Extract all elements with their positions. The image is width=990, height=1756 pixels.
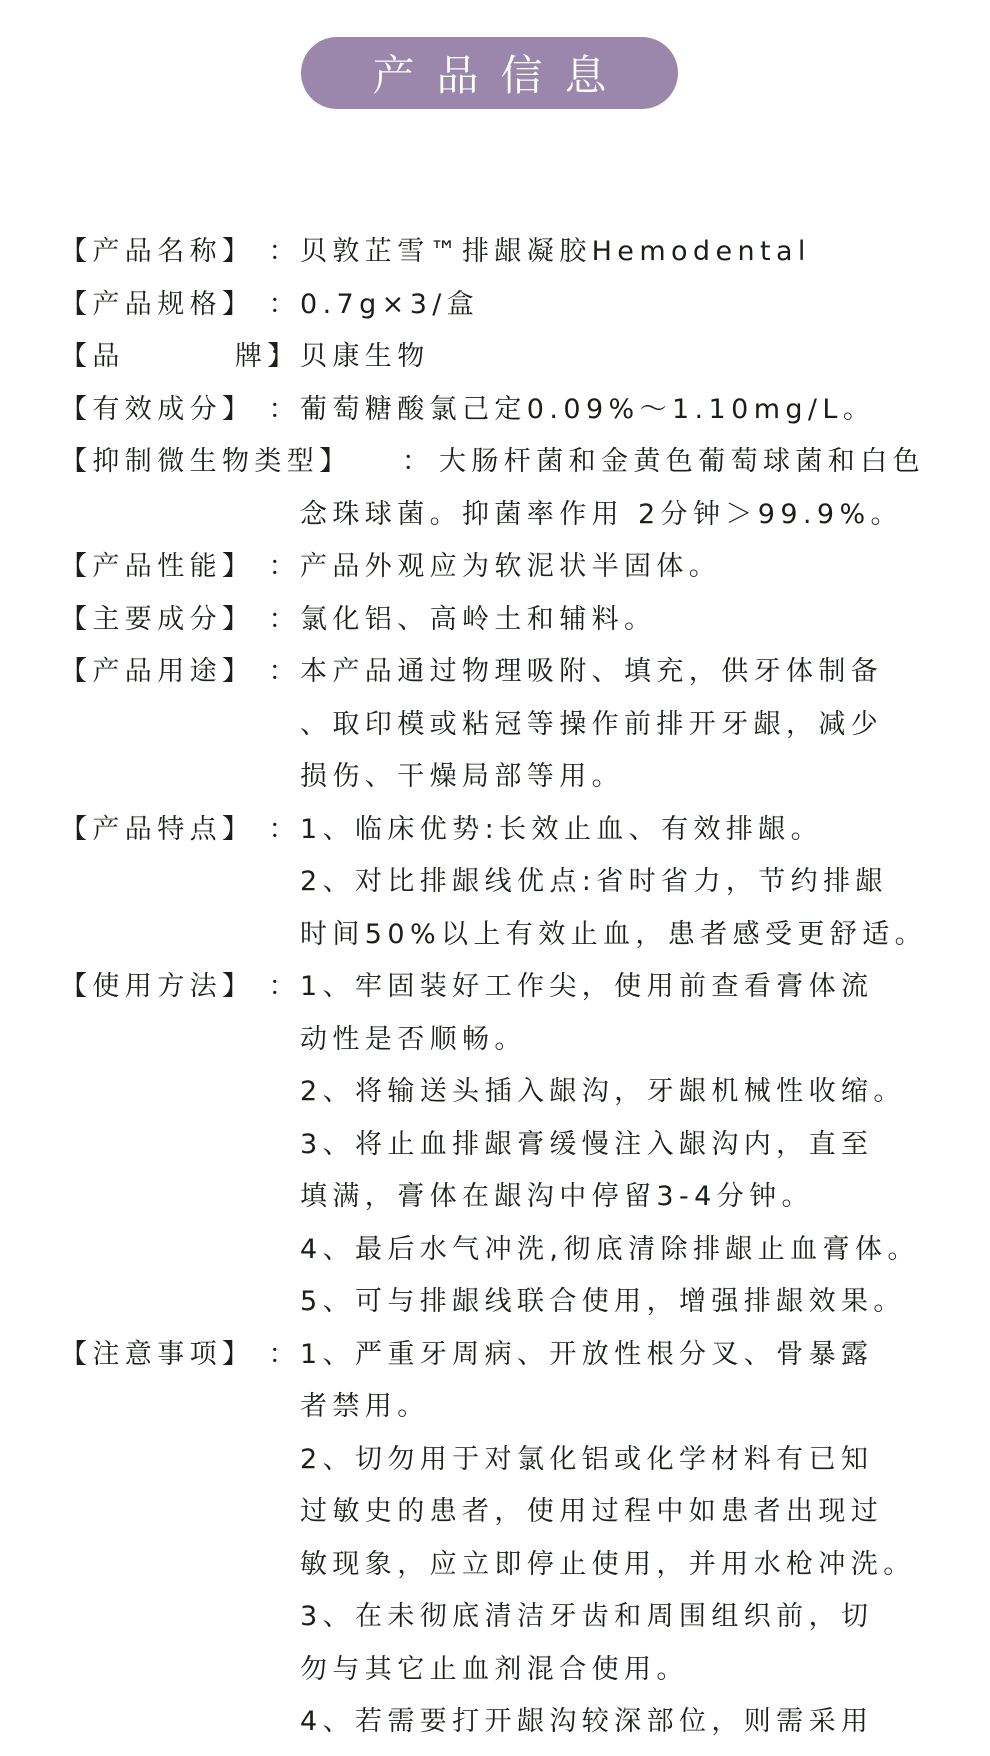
field-label: 【品牌】 — [60, 331, 264, 384]
label-part: 【品 — [60, 341, 125, 372]
field-colon: ： — [264, 331, 300, 384]
field-label: 【抑制微生物类型】 — [60, 436, 352, 489]
field-brand: 【品牌】 ： 贝康生物 — [60, 331, 980, 384]
value-line: 3、将止血排龈膏缓慢注入龈沟内，直至 — [300, 1119, 920, 1172]
field-label: 【产品名称】 — [60, 226, 264, 279]
field-product-name: 【产品名称】 ： 贝敦芷雪™排龈凝胶Hemodental — [60, 226, 980, 279]
field-main-ingredients: 【主要成分】 ： 氯化铝、高岭土和辅料。 — [60, 594, 980, 647]
value-line: 产品外观应为软泥状半固体。 — [300, 541, 721, 594]
field-features: 【产品特点】 ： 1、临床优势:长效止血、有效排龈。 2、对比排龈线优点:省时省… — [60, 804, 980, 962]
field-colon: ： — [264, 279, 300, 332]
field-colon: ： — [264, 226, 300, 279]
value-line: 5、可与排龈线联合使用，增强排龈效果。 — [300, 1276, 920, 1329]
value-line: 2、切勿用于对氯化铝或化学材料有已知 — [300, 1434, 916, 1487]
value-line: 2、将输送头插入龈沟，牙龈机械性收缩。 — [300, 1066, 920, 1119]
value-line: 过敏史的患者，使用过程中如患者出现过 — [300, 1486, 916, 1539]
field-label: 【使用方法】 — [60, 961, 264, 1014]
value-line: 勿与其它止血剂混合使用。 — [300, 1644, 916, 1697]
value-line: 1、严重牙周病、开放性根分叉、骨暴露 — [300, 1329, 916, 1382]
value-line: 敏现象，应立即停止使用，并用水枪冲洗。 — [300, 1539, 916, 1592]
field-value: 贝敦芷雪™排龈凝胶Hemodental — [300, 226, 811, 279]
value-line: ：大肠杆菌和金黄色葡萄球菌和白色 — [300, 436, 925, 489]
value-line: 时间50%以上有效止血，患者感受更舒适。 — [300, 909, 927, 962]
field-method: 【使用方法】 ： 1、牢固装好工作尖，使用前查看膏体流 动性是否顺畅。 2、将输… — [60, 961, 980, 1329]
field-colon: ： — [402, 446, 429, 477]
field-value: 葡萄糖酸氯己定0.09%～1.10mg/L。 — [300, 384, 875, 437]
field-colon: ： — [264, 1329, 300, 1382]
field-value: 氯化铝、高岭土和辅料。 — [300, 594, 656, 647]
field-label: 【产品性能】 — [60, 541, 264, 594]
field-value: 产品外观应为软泥状半固体。 — [300, 541, 721, 594]
product-info-list: 【产品名称】 ： 贝敦芷雪™排龈凝胶Hemodental 【产品规格】 ： 0.… — [60, 226, 980, 1749]
field-value: ：大肠杆菌和金黄色葡萄球菌和白色 念珠球菌。抑菌率作用 2分钟＞99.9%。 — [300, 436, 925, 541]
section-title-pill: 产品信息 — [301, 37, 678, 109]
field-active-ingredient: 【有效成分】 ： 葡萄糖酸氯己定0.09%～1.10mg/L。 — [60, 384, 980, 437]
field-value: 1、严重牙周病、开放性根分叉、骨暴露 者禁用。 2、切勿用于对氯化铝或化学材料有… — [300, 1329, 916, 1749]
field-cautions: 【注意事项】 ： 1、严重牙周病、开放性根分叉、骨暴露 者禁用。 2、切勿用于对… — [60, 1329, 980, 1749]
field-label: 【产品用途】 — [60, 646, 264, 699]
field-colon: ： — [264, 594, 300, 647]
field-value: 0.7g×3/盒 — [300, 279, 479, 332]
field-label: 【注意事项】 — [60, 1329, 264, 1382]
field-usage: 【产品用途】 ： 本产品通过物理吸附、填充，供牙体制备 、取印模或粘冠等操作前排… — [60, 646, 980, 804]
value-line: 1、临床优势:长效止血、有效排龈。 — [300, 804, 927, 857]
value-line: 贝敦芷雪™排龈凝胶Hemodental — [300, 226, 811, 279]
value-line: 4、若需要打开龈沟较深部位，则需采用 — [300, 1696, 916, 1749]
field-colon: ： — [264, 384, 300, 437]
value-line: 0.7g×3/盒 — [300, 279, 479, 332]
value-line: 填满，膏体在龈沟中停留3-4分钟。 — [300, 1171, 920, 1224]
value-line: 念珠球菌。抑菌率作用 2分钟＞99.9%。 — [300, 489, 925, 542]
field-colon: ： — [264, 646, 300, 699]
field-microbe-types: 【抑制微生物类型】 ：大肠杆菌和金黄色葡萄球菌和白色 念珠球菌。抑菌率作用 2分… — [60, 436, 980, 541]
value-line: 氯化铝、高岭土和辅料。 — [300, 594, 656, 647]
field-colon: ： — [264, 541, 300, 594]
value-line: 3、在未彻底清洁牙齿和周围组织前，切 — [300, 1591, 916, 1644]
value-line: 贝康生物 — [300, 331, 430, 384]
field-colon: ： — [264, 961, 300, 1014]
value-line: 、取印模或粘冠等操作前排开牙龈，减少 — [300, 699, 883, 752]
field-label: 【产品特点】 — [60, 804, 264, 857]
field-value: 1、牢固装好工作尖，使用前查看膏体流 动性是否顺畅。 2、将输送头插入龈沟，牙龈… — [300, 961, 920, 1329]
field-value: 本产品通过物理吸附、填充，供牙体制备 、取印模或粘冠等操作前排开牙龈，减少 损伤… — [300, 646, 883, 804]
value-line: 本产品通过物理吸附、填充，供牙体制备 — [300, 646, 883, 699]
field-colon: ： — [264, 804, 300, 857]
field-label: 【产品规格】 — [60, 279, 264, 332]
value-line: 1、牢固装好工作尖，使用前查看膏体流 — [300, 961, 920, 1014]
field-label: 【主要成分】 — [60, 594, 264, 647]
field-label: 【有效成分】 — [60, 384, 264, 437]
field-value: 贝康生物 — [300, 331, 430, 384]
value-line: 动性是否顺畅。 — [300, 1014, 920, 1067]
value-text: 大肠杆菌和金黄色葡萄球菌和白色 — [439, 446, 925, 477]
value-line: 2、对比排龈线优点:省时省力，节约排龈 — [300, 856, 927, 909]
section-title: 产品信息 — [350, 43, 628, 103]
value-line: 葡萄糖酸氯己定0.09%～1.10mg/L。 — [300, 384, 875, 437]
value-line: 损伤、干燥局部等用。 — [300, 751, 883, 804]
field-product-spec: 【产品规格】 ： 0.7g×3/盒 — [60, 279, 980, 332]
field-performance: 【产品性能】 ： 产品外观应为软泥状半固体。 — [60, 541, 980, 594]
value-line: 4、最后水气冲洗,彻底清除排龈止血膏体。 — [300, 1224, 920, 1277]
field-value: 1、临床优势:长效止血、有效排龈。 2、对比排龈线优点:省时省力，节约排龈 时间… — [300, 804, 927, 962]
value-line: 者禁用。 — [300, 1381, 916, 1434]
